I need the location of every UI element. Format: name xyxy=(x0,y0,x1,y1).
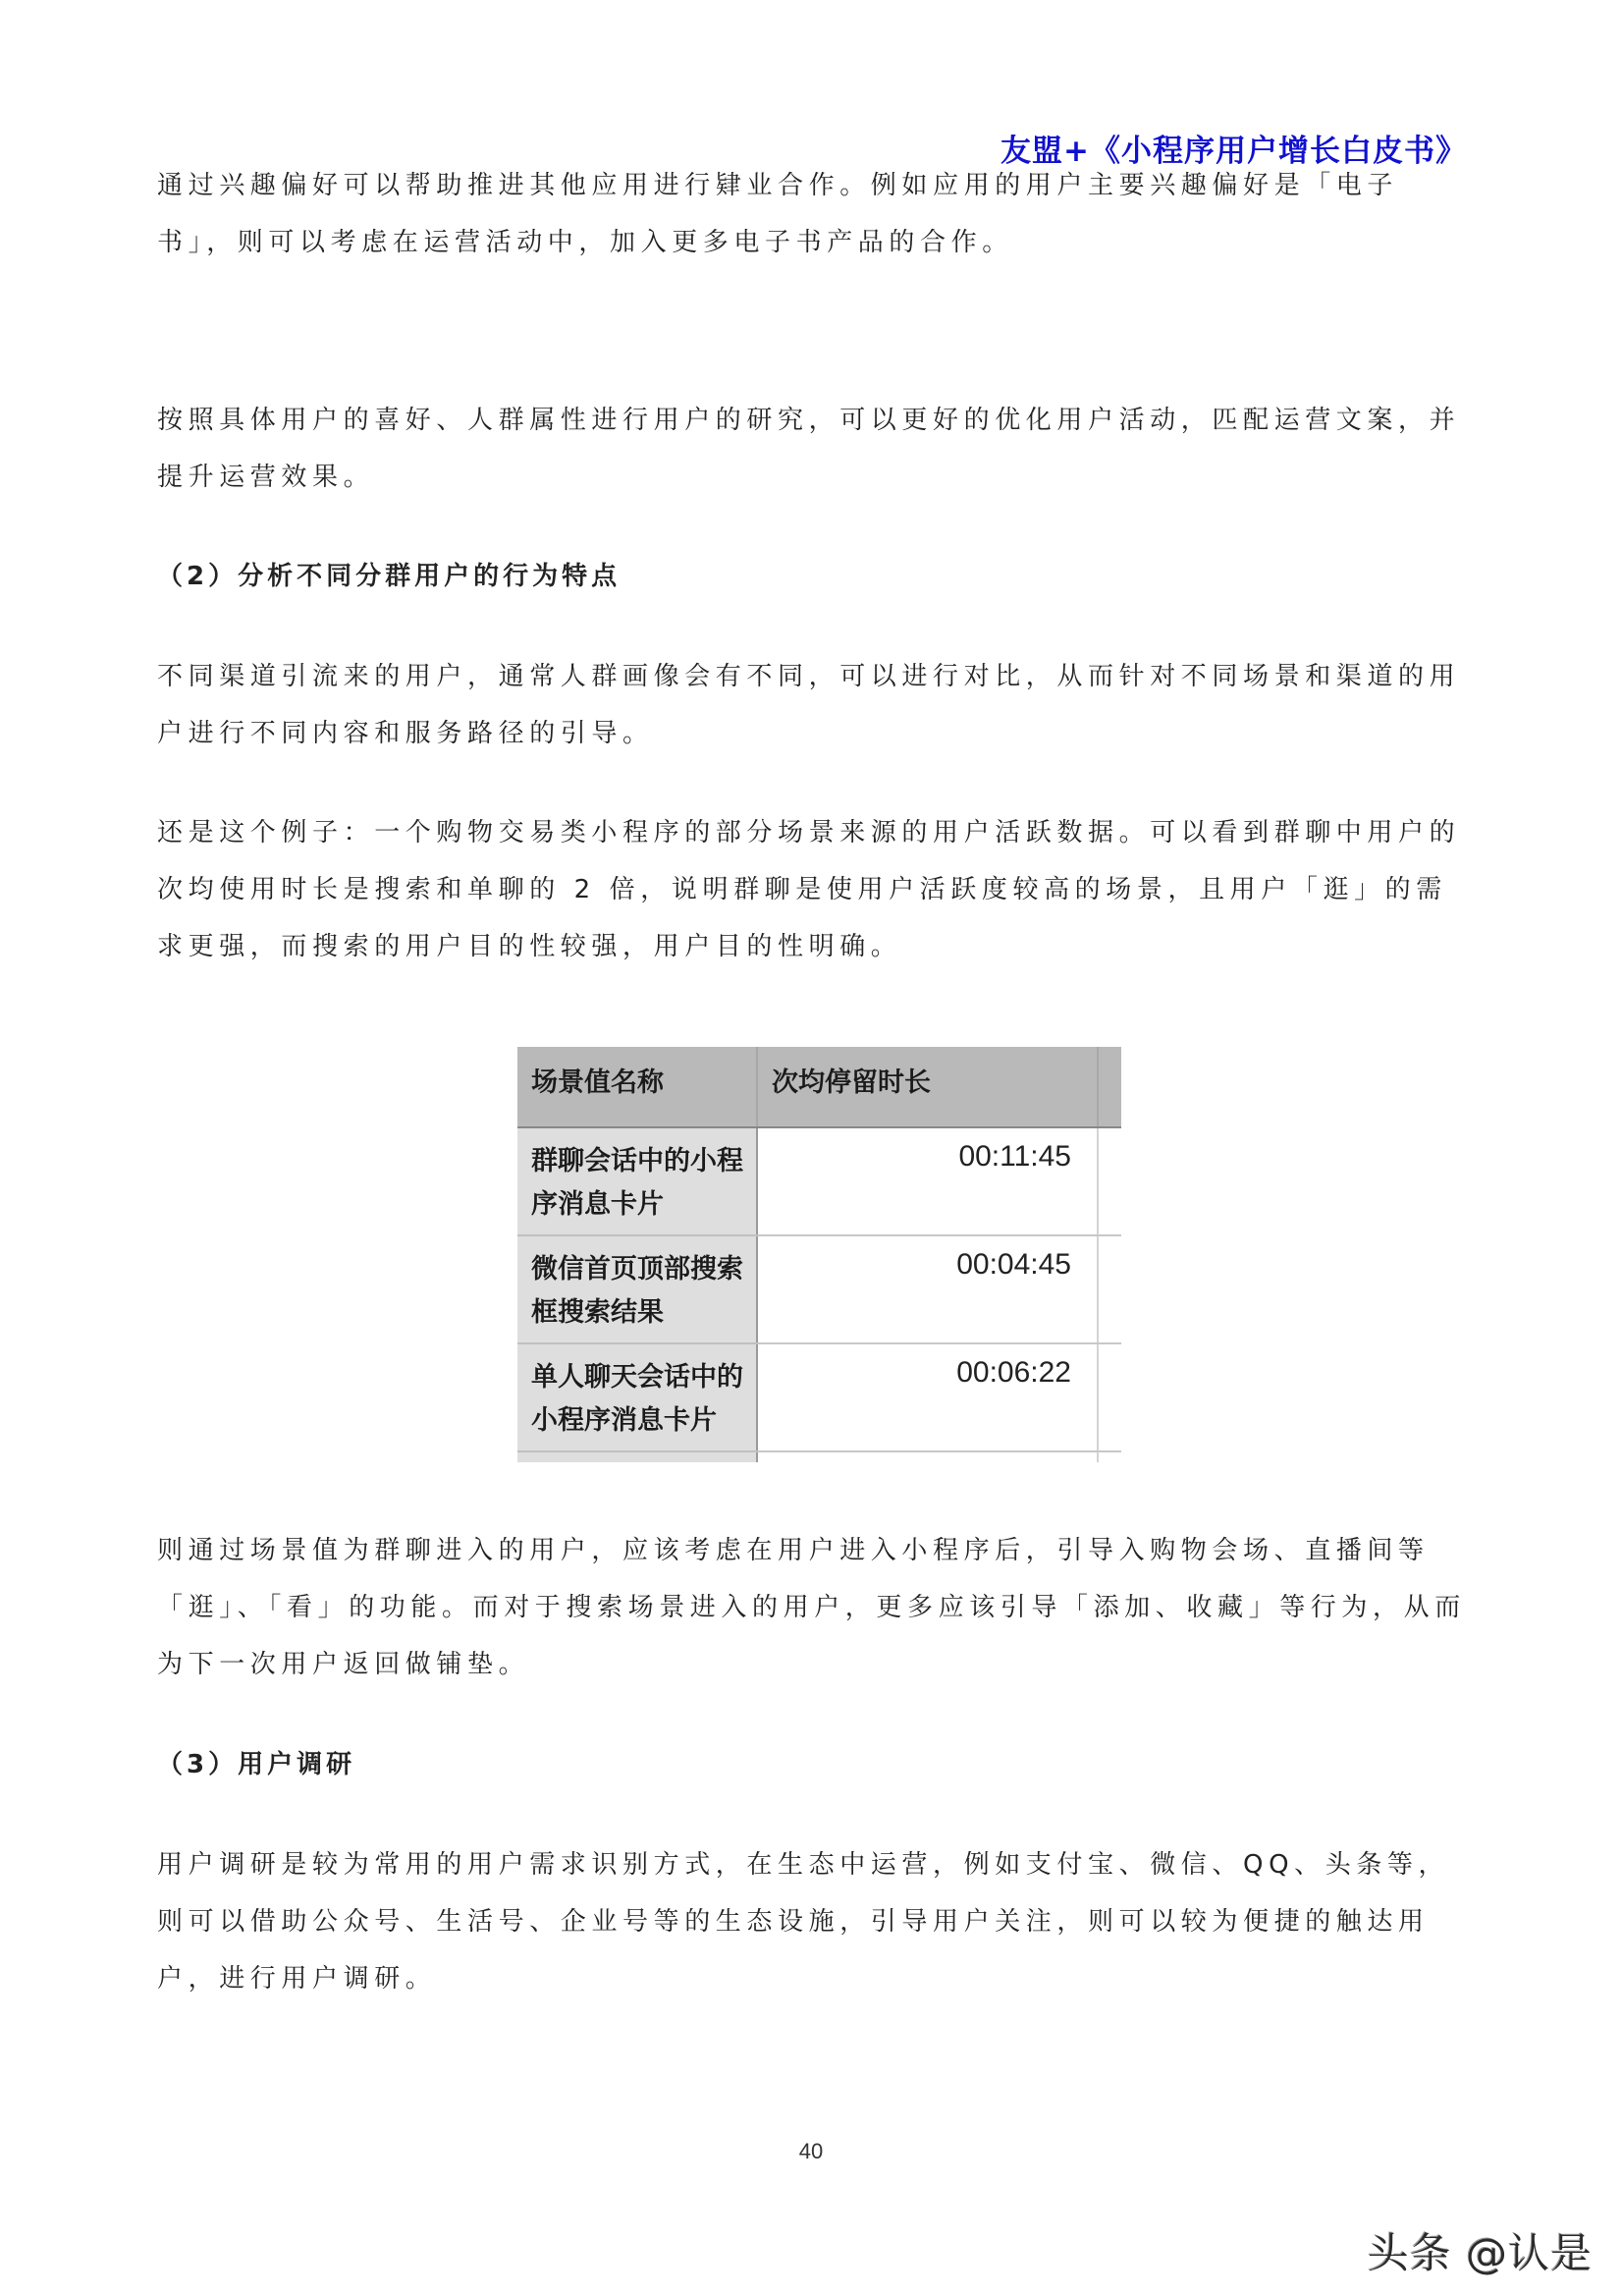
column-header-extra xyxy=(1098,1047,1121,1127)
paragraph-user-research-optimization: 按照具体用户的喜好、人群属性进行用户的研究，可以更好的优化用户活动，匹配运营文案… xyxy=(157,392,1473,506)
extra-cell xyxy=(1098,1127,1121,1235)
paragraph-example-description: 还是这个例子：一个购物交易类小程序的部分场景来源的用户活跃数据。可以看到群聊中用… xyxy=(157,804,1473,975)
table-row-partial xyxy=(517,1451,1121,1462)
duration-cell-empty xyxy=(757,1451,1098,1462)
paragraph-user-survey: 用户调研是较为常用的用户需求识别方式，在生态中运营，例如支付宝、微信、QQ、头条… xyxy=(157,1836,1473,2007)
duration-cell: 00:11:45 xyxy=(757,1127,1098,1235)
column-header-scene-name: 场景值名称 xyxy=(517,1047,757,1127)
extra-cell xyxy=(1098,1451,1121,1462)
paragraph-guidance-strategy: 则通过场景值为群聊进入的用户，应该考虑在用户进入小程序后，引导入购物会场、直播间… xyxy=(157,1522,1473,1693)
scene-name-cell: 群聊会话中的小程序消息卡片 xyxy=(517,1127,757,1235)
table-row: 单人聊天会话中的小程序消息卡片 00:06:22 xyxy=(517,1343,1121,1451)
table-row: 微信首页顶部搜索框搜索结果 00:04:45 xyxy=(517,1235,1121,1343)
scene-name-cell: 微信首页顶部搜索框搜索结果 xyxy=(517,1235,757,1343)
scene-name-cell-empty xyxy=(517,1451,757,1462)
scene-duration-table: 场景值名称 次均停留时长 群聊会话中的小程序消息卡片 00:11:45 微信首页… xyxy=(517,1047,1121,1462)
section-heading-segment-behavior: （2）分析不同分群用户的行为特点 xyxy=(157,556,621,592)
extra-cell xyxy=(1098,1343,1121,1451)
duration-cell: 00:04:45 xyxy=(757,1235,1098,1343)
table-row: 群聊会话中的小程序消息卡片 00:11:45 xyxy=(517,1127,1121,1235)
page-number: 40 xyxy=(0,2139,1622,2164)
duration-cell: 00:06:22 xyxy=(757,1343,1098,1451)
paragraph-channel-comparison: 不同渠道引流来的用户，通常人群画像会有不同，可以进行对比，从而针对不同场景和渠道… xyxy=(157,648,1473,762)
column-header-avg-duration: 次均停留时长 xyxy=(757,1047,1098,1127)
watermark: 头条 @认是 xyxy=(1368,2221,1593,2280)
paragraph-interest-preference: 通过兴趣偏好可以帮助推进其他应用进行肄业合作。例如应用的用户主要兴趣偏好是「电子… xyxy=(157,157,1473,271)
table-header-row: 场景值名称 次均停留时长 xyxy=(517,1047,1121,1127)
section-heading-user-survey: （3）用户调研 xyxy=(157,1744,355,1780)
extra-cell xyxy=(1098,1235,1121,1343)
scene-name-cell: 单人聊天会话中的小程序消息卡片 xyxy=(517,1343,757,1451)
